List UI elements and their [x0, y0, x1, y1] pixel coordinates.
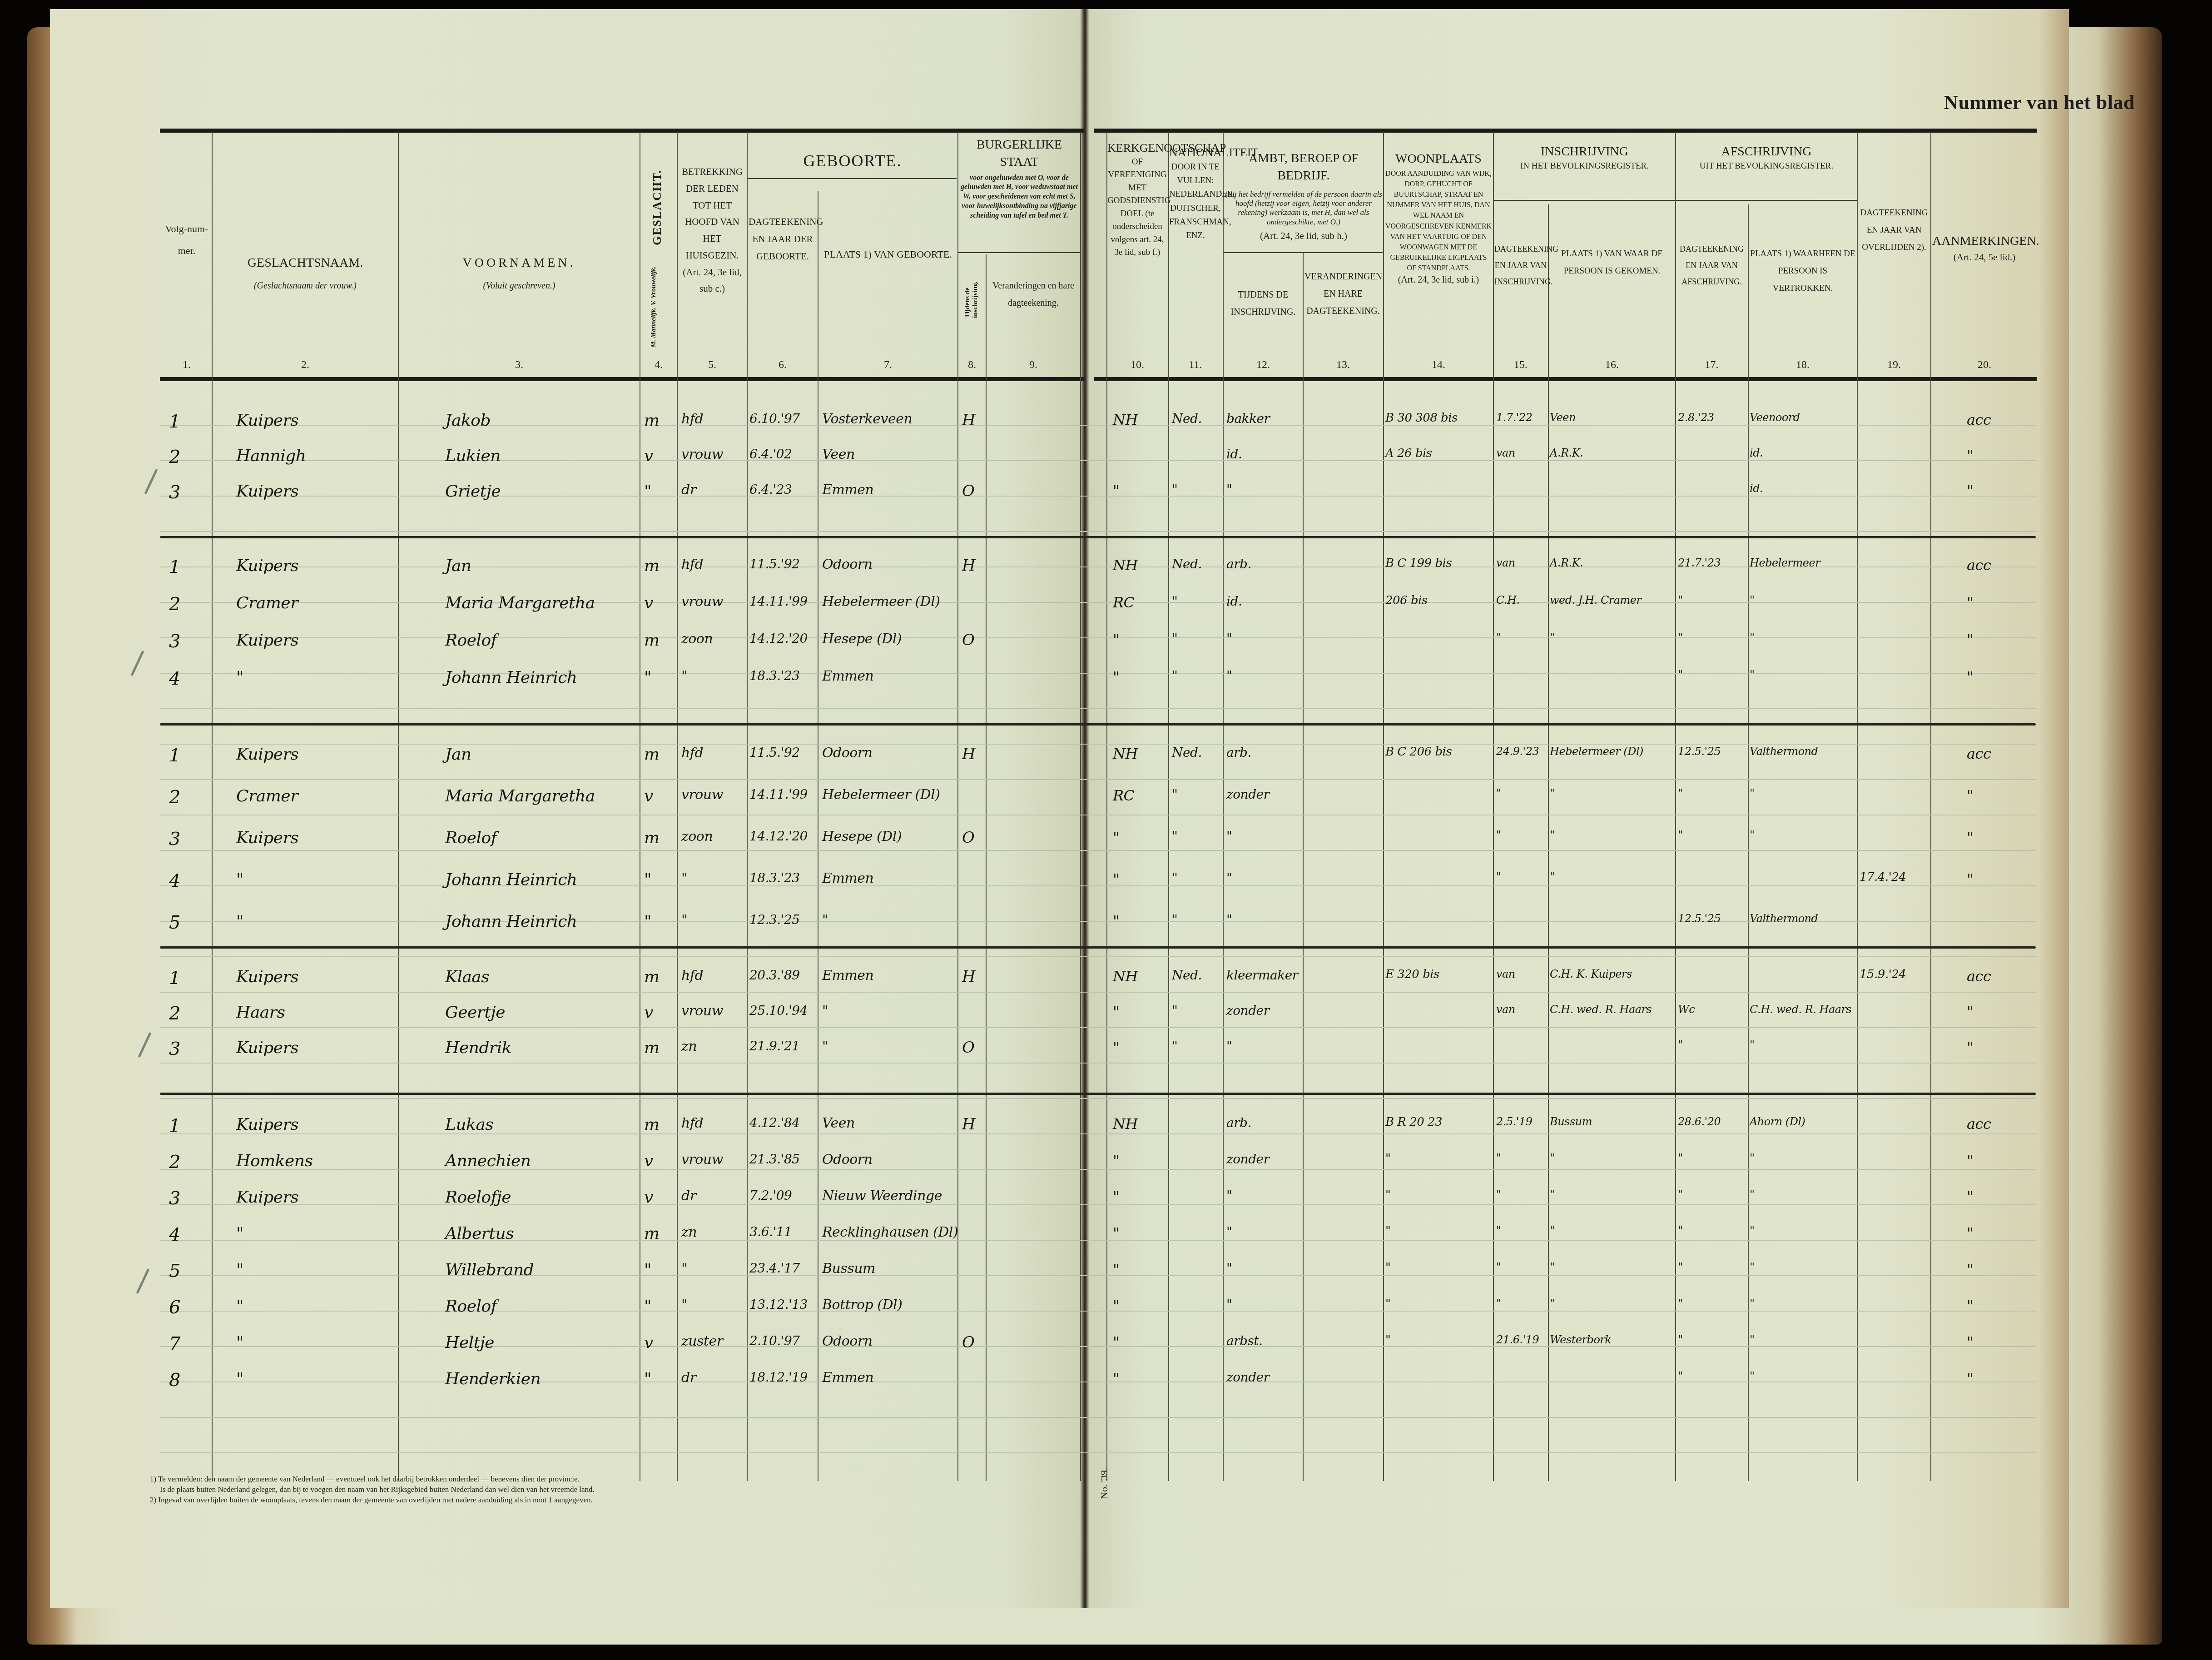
- col-num-4: 4.: [640, 359, 677, 371]
- entry-surname: ": [236, 1333, 244, 1352]
- entry-job: ": [1226, 1297, 1232, 1312]
- entry-n: 3: [169, 482, 180, 503]
- afschrijving-rule: [1676, 200, 1857, 201]
- entry-sex: m: [644, 557, 660, 575]
- entry-given: Lukas: [445, 1115, 493, 1134]
- col-num-17: 17.: [1676, 359, 1747, 371]
- ruled-line: [160, 1275, 2036, 1276]
- entry-rem: ": [1967, 1261, 1974, 1278]
- ruled-line: [160, 1452, 2036, 1453]
- entry-n: 1: [169, 1115, 180, 1136]
- entry-nat: ": [1172, 482, 1178, 497]
- entry-sex: m: [644, 631, 660, 650]
- entry-afs-to: Ahorn (Dl): [1750, 1115, 1805, 1128]
- entry-nat: ": [1172, 631, 1178, 646]
- household-separator: [160, 536, 2036, 538]
- footnote-1b: Is de plaats buiten Nederland gelegen, d…: [150, 1485, 967, 1495]
- entry-n: 2: [169, 447, 180, 467]
- entry-job: arbst.: [1226, 1333, 1263, 1348]
- entry-dob: 14.11.'99: [749, 594, 808, 609]
- entry-dob: 11.5.'92: [749, 557, 800, 572]
- entry-job: ": [1226, 482, 1232, 497]
- entry-given: Annechien: [445, 1152, 531, 1170]
- entry-pob: Hesepe (Dl): [822, 829, 902, 845]
- entry-dob: 18.3.'23: [749, 668, 800, 683]
- entry-afs-date: ": [1678, 668, 1683, 681]
- entry-given: Maria Margaretha: [445, 787, 595, 805]
- entry-rel: zoon: [681, 631, 713, 647]
- entry-afs-to: ": [1750, 1297, 1755, 1310]
- entry-ins-from: ": [1550, 1152, 1555, 1164]
- entry-dob: 14.12.'20: [749, 829, 808, 844]
- entry-nat: ": [1172, 912, 1178, 927]
- entry-rem: ": [1967, 1003, 1974, 1020]
- entry-church: ": [1113, 1188, 1120, 1205]
- header-bottom-rule-right: [1094, 377, 2037, 381]
- entry-afs-to: Veenoord: [1750, 411, 1800, 424]
- entry-dob: 18.12.'19: [749, 1370, 808, 1385]
- entry-job: ": [1226, 1261, 1232, 1276]
- entry-afs-to: ": [1750, 1188, 1755, 1201]
- book-gutter: [1080, 9, 1089, 1608]
- entry-church: ": [1113, 870, 1120, 888]
- entry-rel: vrouw: [681, 1003, 723, 1019]
- entry-afs-to: ": [1750, 1039, 1755, 1051]
- entry-rel: hfd: [681, 968, 703, 984]
- entry-job: ": [1226, 870, 1232, 885]
- ruled-line: [160, 496, 2036, 497]
- entry-ins-date: ": [1496, 1261, 1501, 1273]
- entry-dob: 6.4.'02: [749, 447, 792, 462]
- entry-res: 206 bis: [1385, 594, 1428, 607]
- entry-job: zonder: [1226, 787, 1270, 802]
- entry-civil: O: [962, 1333, 974, 1352]
- entry-rel: hfd: [681, 1115, 703, 1131]
- entry-job: ": [1226, 631, 1232, 646]
- entry-church: ": [1113, 829, 1120, 846]
- entry-n: 3: [169, 1039, 180, 1059]
- entry-rem: acc: [1967, 968, 1991, 985]
- entry-afs-to: ": [1750, 1224, 1755, 1237]
- entry-dob: 14.12.'20: [749, 631, 808, 646]
- ruled-line: [160, 708, 2036, 709]
- entry-sex: v: [644, 787, 653, 805]
- entry-job: ": [1226, 1224, 1232, 1239]
- entry-surname: Kuipers: [236, 1188, 298, 1207]
- entry-church: RC: [1113, 787, 1135, 804]
- entry-surname: Hannigh: [236, 447, 306, 465]
- entry-given: Roelofje: [445, 1188, 511, 1207]
- entry-nat: ": [1172, 594, 1178, 609]
- entry-afs-date: 2.8.'23: [1678, 411, 1714, 424]
- entry-sex: ": [644, 482, 652, 501]
- col-num-5: 5.: [679, 359, 746, 371]
- entry-pob: ": [822, 1003, 828, 1019]
- header-inschrijving-group: INSCHRIJVING IN HET BEVOLKINGSREGISTER.: [1495, 143, 1674, 172]
- entry-sex: ": [644, 870, 652, 889]
- entry-n: 1: [169, 557, 180, 577]
- entry-church: ": [1113, 1261, 1120, 1278]
- entry-surname: Haars: [236, 1003, 285, 1022]
- col-divider: [1548, 204, 1549, 1481]
- entry-job: ": [1226, 912, 1232, 927]
- sheet-number-label: Nummer van het blad: [1944, 91, 2135, 114]
- entry-afs-to: ": [1750, 594, 1755, 606]
- entry-ins-date: ": [1496, 1152, 1501, 1164]
- entry-ins-from: wed. J.H. Cramer: [1550, 594, 1642, 606]
- entry-ins-from: A.R.K.: [1550, 557, 1583, 569]
- entry-n: 7: [169, 1333, 180, 1354]
- col-divider: [1675, 132, 1676, 1481]
- entry-sex: ": [644, 1261, 652, 1279]
- entry-sex: v: [644, 1188, 653, 1207]
- entry-ins-date: 1.7.'22: [1496, 411, 1532, 424]
- entry-job: ": [1226, 1039, 1232, 1054]
- ruled-line: [160, 885, 2036, 886]
- entry-ins-from: ": [1550, 1224, 1555, 1237]
- col-num-20: 20.: [1932, 359, 2037, 371]
- ruled-line: [160, 1063, 2036, 1064]
- entry-n: 4: [169, 668, 180, 689]
- entry-given: Roelof: [445, 631, 497, 650]
- col-divider: [677, 132, 678, 1481]
- entry-surname: Kuipers: [236, 968, 298, 986]
- entry-given: Heltje: [445, 1333, 494, 1352]
- ruled-line: [160, 1027, 2036, 1028]
- entry-pob: Emmen: [822, 668, 873, 684]
- entry-rem: ": [1967, 594, 1974, 611]
- entry-ins-from: ": [1550, 1261, 1555, 1273]
- entry-church: NH: [1113, 557, 1138, 574]
- entry-nat: ": [1172, 870, 1178, 885]
- entry-surname: ": [236, 870, 244, 889]
- col-num-3: 3.: [400, 359, 639, 371]
- entry-given: Jakob: [445, 411, 491, 430]
- entry-civil: H: [962, 968, 975, 986]
- col-divider: [818, 191, 818, 1481]
- header-betrekking: BETREKKING DER LEDEN TOT HET HOOFD VAN H…: [679, 164, 746, 297]
- entry-church: NH: [1113, 1115, 1138, 1133]
- ruled-line: [160, 460, 2036, 461]
- entry-sex: v: [644, 594, 653, 612]
- entry-rem: ": [1967, 631, 1974, 648]
- entry-pob: Emmen: [822, 1370, 873, 1386]
- household-separator: [160, 946, 2036, 949]
- entry-job: arb.: [1226, 1115, 1251, 1130]
- header-ambt-veranderingen: VERANDERINGEN EN HARE DAGTEEKENING.: [1304, 268, 1382, 320]
- entry-ins-from: ": [1550, 631, 1555, 644]
- entry-res: ": [1385, 1297, 1391, 1311]
- entry-dob: 23.4.'17: [749, 1261, 800, 1276]
- entry-n: 5: [169, 1261, 180, 1282]
- entry-surname: Kuipers: [236, 829, 298, 847]
- entry-ins-date: van: [1496, 557, 1515, 569]
- entry-afs-date: ": [1678, 1188, 1683, 1201]
- entry-pob: Emmen: [822, 968, 873, 984]
- entry-church: ": [1113, 1224, 1120, 1242]
- entry-afs-date: 21.7.'23: [1678, 557, 1721, 569]
- ruled-line: [160, 1240, 2036, 1241]
- entry-pob: Odoorn: [822, 1333, 873, 1349]
- entry-rem: ": [1967, 668, 1974, 686]
- col-num-14: 14.: [1385, 359, 1492, 371]
- entry-nat: ": [1172, 829, 1178, 844]
- ruled-line: [160, 850, 2036, 851]
- entry-dob: 13.12.'13: [749, 1297, 808, 1312]
- entry-pob: Bussum: [822, 1261, 875, 1277]
- entry-nat: Ned.: [1172, 557, 1202, 572]
- header-top-rule-right: [1094, 129, 2037, 133]
- entry-sex: m: [644, 745, 660, 764]
- entry-sex: m: [644, 968, 660, 986]
- entry-dob: 21.3.'85: [749, 1152, 800, 1167]
- entry-surname: ": [236, 1297, 244, 1316]
- entry-rel: ": [681, 668, 688, 684]
- entry-sex: ": [644, 668, 652, 687]
- entry-sex: v: [644, 447, 653, 465]
- entry-church: NH: [1113, 968, 1138, 985]
- entry-afs-to: ": [1750, 631, 1755, 644]
- entry-job: arb.: [1226, 557, 1251, 572]
- entry-res: B R 20 23: [1385, 1115, 1442, 1129]
- col-num-10: 10.: [1107, 359, 1167, 371]
- header-top-rule-left: [160, 129, 1084, 133]
- inschrijving-rule: [1494, 200, 1675, 201]
- entry-pob: Hebelermeer (Dl): [822, 787, 940, 803]
- col-divider: [1493, 132, 1494, 1481]
- entry-afs-to: ": [1750, 787, 1755, 800]
- entry-res: B C 199 bis: [1385, 557, 1452, 570]
- entry-church: ": [1113, 1152, 1120, 1169]
- header-inschrijving-datum: DAGTEEKENING EN JAAR VAN INSCHRIJVING.: [1494, 241, 1547, 290]
- ruled-line: [160, 815, 2036, 815]
- entry-afs-to: ": [1750, 668, 1755, 681]
- entry-pob: ": [822, 912, 828, 928]
- entry-pob: Veen: [822, 447, 855, 462]
- entry-given: Roelof: [445, 829, 497, 847]
- entry-ins-date: van: [1496, 1003, 1515, 1016]
- entry-rem: ": [1967, 870, 1974, 888]
- entry-ins-date: 2.5.'19: [1496, 1115, 1532, 1128]
- entry-nat: Ned.: [1172, 968, 1202, 983]
- entry-job: zonder: [1226, 1370, 1270, 1385]
- ruled-line: [160, 1204, 2036, 1205]
- entry-surname: Cramer: [236, 594, 298, 612]
- entry-civil: H: [962, 745, 975, 763]
- entry-church: ": [1113, 1039, 1120, 1056]
- entry-rem: acc: [1967, 411, 1991, 428]
- ruled-line: [160, 956, 2036, 957]
- entry-civil: O: [962, 482, 974, 500]
- entry-surname: Homkens: [236, 1152, 312, 1170]
- entry-church: ": [1113, 482, 1120, 499]
- entry-job: kleermaker: [1226, 968, 1298, 983]
- entry-pob: Veen: [822, 1115, 855, 1131]
- entry-dob: 21.9.'21: [749, 1039, 800, 1054]
- entry-given: Johann Heinrich: [445, 912, 577, 931]
- entry-civil: O: [962, 1039, 974, 1057]
- entry-rel: vrouw: [681, 447, 723, 462]
- col-divider: [398, 132, 399, 1481]
- entry-afs-date: ": [1678, 1152, 1683, 1164]
- entry-job: arb.: [1226, 745, 1251, 760]
- entry-dob: 12.3.'25: [749, 912, 800, 927]
- entry-pob: Emmen: [822, 482, 873, 498]
- entry-rel: vrouw: [681, 1152, 723, 1168]
- entry-given: Jan: [445, 745, 471, 764]
- entry-n: 2: [169, 787, 180, 808]
- entry-ins-date: van: [1496, 968, 1515, 980]
- entry-dob: 20.3.'89: [749, 968, 800, 983]
- col-divider: [1930, 132, 1931, 1481]
- header-aanmerkingen: AANMERKINGEN. (Art. 24, 5e lid.): [1932, 232, 2037, 263]
- entry-pob: ": [822, 1039, 828, 1054]
- header-geslacht-legend: M. Mannelijk. V. Vrouwelijk.: [650, 257, 659, 348]
- footnote-2: 2) Ingeval van overlijden buiten de woon…: [150, 1495, 967, 1506]
- entry-afs-date: 28.6.'20: [1678, 1115, 1721, 1128]
- entry-civil: O: [962, 829, 974, 847]
- ruled-line: [160, 1098, 2036, 1099]
- entry-rem: acc: [1967, 745, 1991, 762]
- entry-ins-from: C.H. wed. R. Haars: [1550, 1003, 1652, 1016]
- entry-n: 3: [169, 829, 180, 850]
- col-num-15: 15.: [1494, 359, 1547, 371]
- entry-rel: dr: [681, 1370, 696, 1386]
- ruled-line: [160, 1133, 2036, 1134]
- entry-job: ": [1226, 829, 1232, 844]
- entry-pob: Odoorn: [822, 557, 873, 572]
- entry-rel: hfd: [681, 557, 703, 572]
- form-number: No. '39.: [1098, 1468, 1110, 1499]
- entry-surname: Cramer: [236, 787, 298, 805]
- entry-ins-date: van: [1496, 447, 1515, 459]
- entry-res: E 320 bis: [1385, 968, 1439, 981]
- entry-surname: ": [236, 668, 244, 687]
- entry-job: bakker: [1226, 411, 1270, 426]
- col-divider: [986, 254, 987, 1481]
- ruled-line: [160, 531, 2036, 532]
- entry-afs-to: ": [1750, 1261, 1755, 1273]
- entry-afs-date: ": [1678, 1224, 1683, 1237]
- header-bottom-rule-left: [160, 377, 1084, 381]
- entry-job: zonder: [1226, 1152, 1270, 1167]
- entry-civil: H: [962, 411, 975, 429]
- entry-afs-to: C.H. wed. R. Haars: [1750, 1003, 1851, 1016]
- header-kerkgenootschap: KERKGENOOTSCHAP OF VEREENIGING MET GODSD…: [1107, 141, 1167, 259]
- entry-ins-from: Bussum: [1550, 1115, 1592, 1128]
- entry-given: Albertus: [445, 1224, 514, 1243]
- entry-pob: Recklinghausen (Dl): [822, 1224, 958, 1240]
- entry-nat: ": [1172, 1039, 1178, 1054]
- entry-church: ": [1113, 1297, 1120, 1314]
- col-divider: [747, 132, 748, 1481]
- entry-given: Hendrik: [445, 1039, 511, 1057]
- entry-given: Johann Heinrich: [445, 870, 577, 889]
- entry-ins-from: Hebelermeer (Dl): [1550, 745, 1643, 758]
- col-num-7: 7.: [819, 359, 957, 371]
- col-divider: [1223, 132, 1224, 1481]
- col-num-18: 18.: [1750, 359, 1856, 371]
- col-num-16: 16.: [1550, 359, 1674, 371]
- entry-n: 4: [169, 1224, 180, 1245]
- header-woonplaats: WOONPLAATS DOOR AANDUIDING VAN WIJK, DOR…: [1385, 150, 1492, 287]
- entry-ins-from: ": [1550, 1297, 1555, 1310]
- col-num-9: 9.: [987, 359, 1079, 371]
- entry-n: 2: [169, 1003, 180, 1024]
- entry-rel: dr: [681, 482, 696, 498]
- col-divider: [1857, 132, 1858, 1481]
- entry-pob: Odoorn: [822, 745, 873, 761]
- entry-n: 3: [169, 1188, 180, 1209]
- entry-afs-date: ": [1678, 829, 1683, 841]
- entry-dob: 25.10.'94: [749, 1003, 808, 1018]
- ruled-line: [160, 1417, 2036, 1418]
- header-ambt-tijdens: TIJDENS DE INSCHRIJVING.: [1225, 286, 1302, 321]
- entry-death: 17.4.'24: [1860, 870, 1906, 884]
- ruled-line: [160, 1311, 2036, 1312]
- entry-job: id.: [1226, 447, 1242, 462]
- entry-rel: ": [681, 1261, 688, 1277]
- entry-dob: 4.12.'84: [749, 1115, 800, 1130]
- entry-surname: Kuipers: [236, 1115, 298, 1134]
- entry-ins-from: A.R.K.: [1550, 447, 1583, 459]
- entry-res: A 26 bis: [1385, 447, 1432, 460]
- header-geboorte-datum: DAGTEEKENING EN JAAR DER GEBOORTE.: [749, 214, 817, 265]
- header-geslacht: GESLACHT.: [650, 169, 664, 245]
- entry-job: zonder: [1226, 1003, 1270, 1018]
- entry-surname: Kuipers: [236, 1039, 298, 1057]
- entry-sex: ": [644, 912, 652, 931]
- burgerlijke-staat-rule: [958, 252, 1080, 253]
- entry-given: Johann Heinrich: [445, 668, 577, 687]
- col-divider: [1080, 132, 1081, 1481]
- header-nationaliteit: NATIONALITEIT DOOR IN TE VULLEN: NEDERLA…: [1169, 145, 1222, 243]
- entry-n: 2: [169, 1152, 180, 1173]
- header-ambt: AMBT, BEROEP OF BEDRIJF. (Bij het bedrij…: [1225, 150, 1383, 243]
- entry-church: ": [1113, 1003, 1120, 1020]
- entry-death: 15.9.'24: [1860, 968, 1906, 981]
- entry-ins-date: ": [1496, 787, 1501, 800]
- ruled-line: [160, 425, 2036, 426]
- entry-pob: Odoorn: [822, 1152, 873, 1168]
- entry-ins-date: ": [1496, 1297, 1501, 1310]
- entry-dob: 11.5.'92: [749, 745, 800, 760]
- entry-rem: ": [1967, 1370, 1974, 1387]
- entry-church: ": [1113, 631, 1120, 648]
- entry-rem: acc: [1967, 557, 1991, 574]
- entry-afs-date: ": [1678, 1370, 1683, 1382]
- entry-nat: Ned.: [1172, 745, 1202, 760]
- entry-nat: Ned.: [1172, 411, 1202, 426]
- entry-afs-to: Hebelermeer: [1750, 557, 1820, 569]
- entry-dob: 6.4.'23: [749, 482, 792, 497]
- entry-pob: Emmen: [822, 870, 873, 886]
- entry-n: 2: [169, 594, 180, 615]
- header-afschrijving-datum: DAGTEEKENING EN JAAR VAN AFSCHRIJVING.: [1676, 241, 1747, 290]
- entry-rem: ": [1967, 787, 1974, 804]
- header-afschrijving-group: AFSCHRIJVING UIT HET BEVOLKINGSREGISTER.: [1677, 143, 1856, 172]
- entry-given: Klaas: [445, 968, 489, 986]
- entry-afs-date: ": [1678, 631, 1683, 644]
- entry-sex: v: [644, 1152, 653, 1170]
- entry-sex: m: [644, 1115, 660, 1134]
- header-geboorte-group: GEBOORTE.: [749, 150, 957, 172]
- entry-given: Geertje: [445, 1003, 505, 1022]
- entry-sex: v: [644, 1333, 653, 1352]
- header-overlijden: DAGTEEKENING EN JAAR VAN OVERLIJDEN 2).: [1859, 204, 1929, 256]
- entry-rel: zuster: [681, 1333, 723, 1349]
- entry-afs-to: id.: [1750, 482, 1763, 495]
